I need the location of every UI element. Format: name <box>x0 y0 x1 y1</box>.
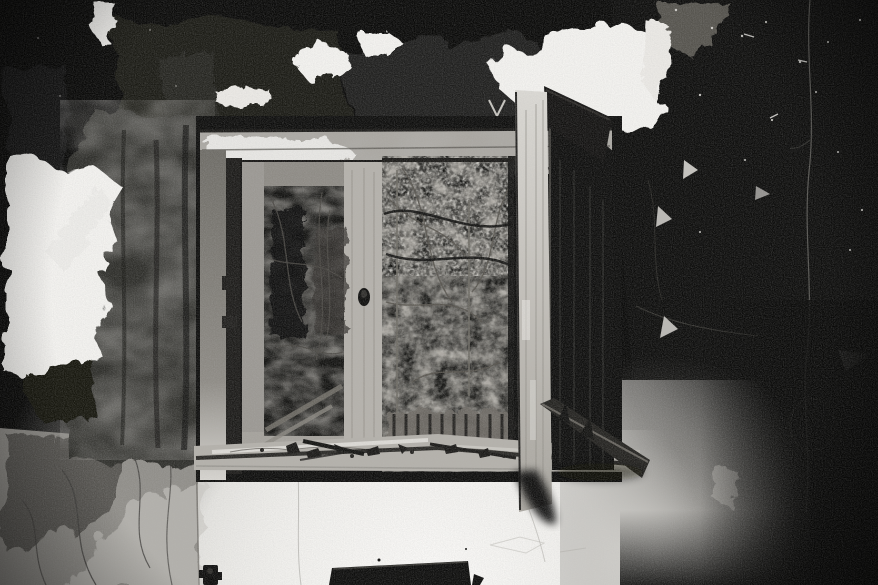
photo-canvas: Black and white photo of a derelict room… <box>0 0 878 585</box>
vignette-overlay <box>0 0 878 585</box>
photo: Black and white photo of a derelict room… <box>0 0 878 585</box>
